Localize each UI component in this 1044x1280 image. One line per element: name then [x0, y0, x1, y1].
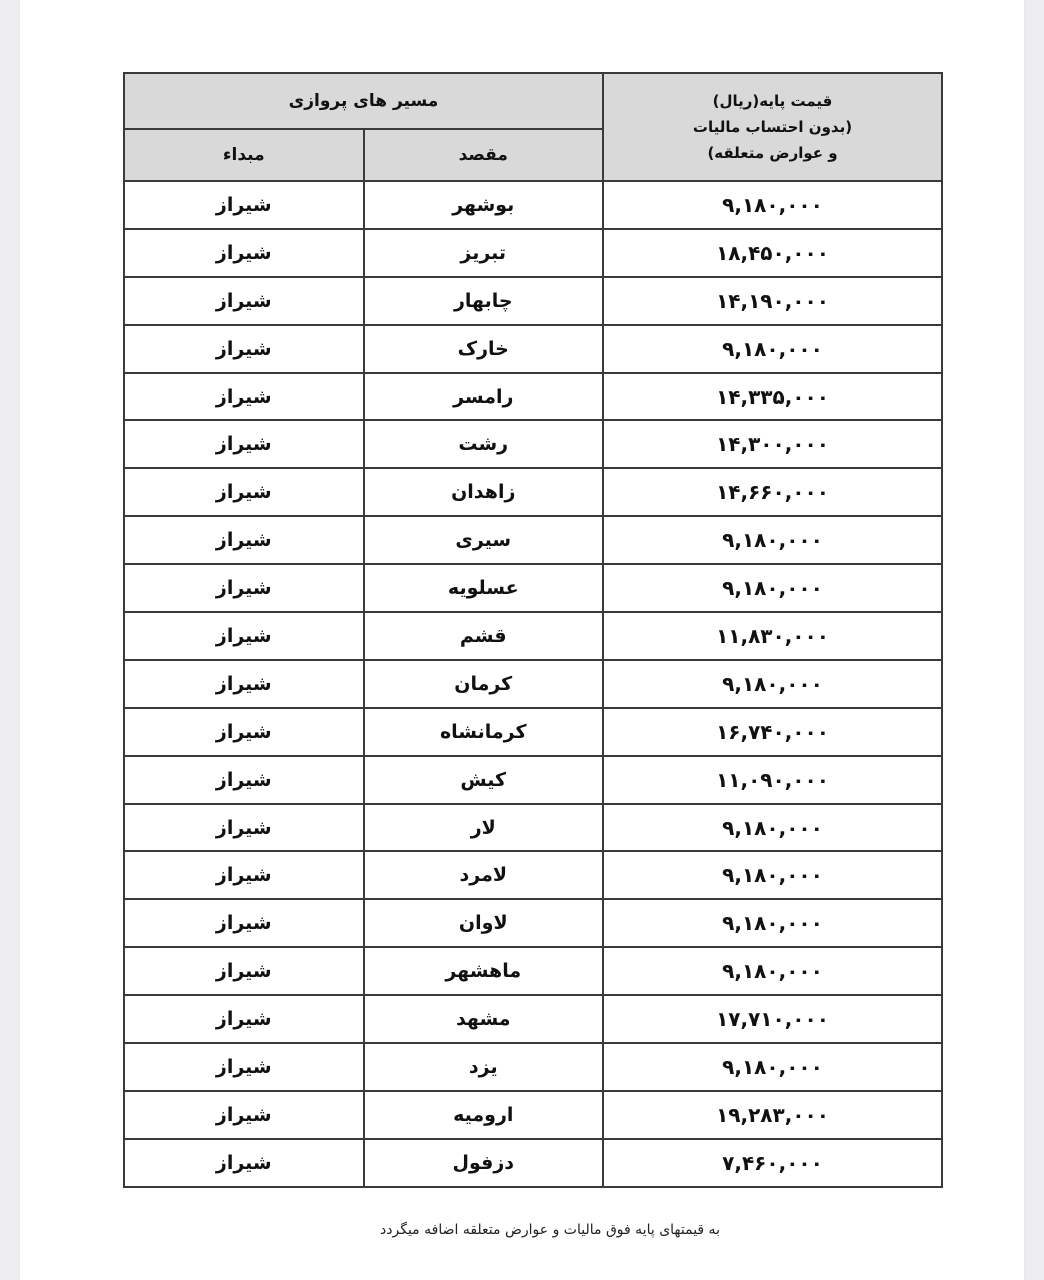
table-row: ۱۹,۲۸۳,۰۰۰ارومیهشیراز — [124, 1091, 942, 1139]
table-header-row-1: قیمت پایه(ریال) (بدون احتساب مالیات و عو… — [124, 73, 942, 129]
table-row: ۱۴,۱۹۰,۰۰۰چابهارشیراز — [124, 277, 942, 325]
price-cell: ۱۷,۷۱۰,۰۰۰ — [603, 995, 942, 1043]
table-row: ۹,۱۸۰,۰۰۰خارکشیراز — [124, 325, 942, 373]
price-cell: ۱۴,۱۹۰,۰۰۰ — [603, 277, 942, 325]
table-row: ۱۷,۷۱۰,۰۰۰مشهدشیراز — [124, 995, 942, 1043]
destination-cell: خارک — [364, 325, 604, 373]
destination-cell: لامرد — [364, 851, 604, 899]
table-body: ۹,۱۸۰,۰۰۰بوشهرشیراز۱۸,۴۵۰,۰۰۰تبریزشیراز۱… — [124, 181, 942, 1187]
origin-cell: شیراز — [124, 516, 364, 564]
origin-cell: شیراز — [124, 995, 364, 1043]
table-row: ۹,۱۸۰,۰۰۰لاوانشیراز — [124, 899, 942, 947]
price-cell: ۹,۱۸۰,۰۰۰ — [603, 899, 942, 947]
destination-cell: عسلویه — [364, 564, 604, 612]
origin-cell: شیراز — [124, 420, 364, 468]
destination-cell: دزفول — [364, 1139, 604, 1187]
price-cell: ۱۶,۷۴۰,۰۰۰ — [603, 708, 942, 756]
header-destination: مقصد — [364, 129, 604, 181]
destination-cell: رامسر — [364, 373, 604, 421]
table-row: ۱۱,۰۹۰,۰۰۰کیششیراز — [124, 756, 942, 804]
destination-cell: لاوان — [364, 899, 604, 947]
origin-cell: شیراز — [124, 373, 364, 421]
origin-cell: شیراز — [124, 660, 364, 708]
table-row: ۱۱,۸۳۰,۰۰۰قشمشیراز — [124, 612, 942, 660]
price-cell: ۹,۱۸۰,۰۰۰ — [603, 660, 942, 708]
destination-cell: بوشهر — [364, 181, 604, 229]
price-cell: ۹,۱۸۰,۰۰۰ — [603, 181, 942, 229]
flight-price-table: قیمت پایه(ریال) (بدون احتساب مالیات و عو… — [123, 72, 943, 1188]
origin-cell: شیراز — [124, 181, 364, 229]
destination-cell: چابهار — [364, 277, 604, 325]
price-cell: ۹,۱۸۰,۰۰۰ — [603, 516, 942, 564]
price-cell: ۹,۱۸۰,۰۰۰ — [603, 564, 942, 612]
table-row: ۱۶,۷۴۰,۰۰۰کرمانشاهشیراز — [124, 708, 942, 756]
table-row: ۹,۱۸۰,۰۰۰لارشیراز — [124, 804, 942, 852]
price-cell: ۱۱,۰۹۰,۰۰۰ — [603, 756, 942, 804]
table-row: ۹,۱۸۰,۰۰۰عسلویهشیراز — [124, 564, 942, 612]
destination-cell: لار — [364, 804, 604, 852]
table-row: ۱۸,۴۵۰,۰۰۰تبریزشیراز — [124, 229, 942, 277]
destination-cell: ارومیه — [364, 1091, 604, 1139]
table-row: ۷,۴۶۰,۰۰۰دزفولشیراز — [124, 1139, 942, 1187]
table-row: ۱۴,۶۶۰,۰۰۰زاهدانشیراز — [124, 468, 942, 516]
origin-cell: شیراز — [124, 1091, 364, 1139]
table-row: ۹,۱۸۰,۰۰۰یزدشیراز — [124, 1043, 942, 1091]
price-cell: ۱۸,۴۵۰,۰۰۰ — [603, 229, 942, 277]
destination-cell: کیش — [364, 756, 604, 804]
table-row: ۱۴,۳۰۰,۰۰۰رشتشیراز — [124, 420, 942, 468]
destination-cell: رشت — [364, 420, 604, 468]
origin-cell: شیراز — [124, 612, 364, 660]
destination-cell: زاهدان — [364, 468, 604, 516]
origin-cell: شیراز — [124, 468, 364, 516]
table-row: ۹,۱۸۰,۰۰۰لامردشیراز — [124, 851, 942, 899]
destination-cell: کرمان — [364, 660, 604, 708]
origin-cell: شیراز — [124, 851, 364, 899]
price-cell: ۹,۱۸۰,۰۰۰ — [603, 851, 942, 899]
origin-cell: شیراز — [124, 325, 364, 373]
document-page: قیمت پایه(ریال) (بدون احتساب مالیات و عو… — [20, 0, 1024, 1280]
origin-cell: شیراز — [124, 756, 364, 804]
footnote: به قیمتهای پایه فوق مالیات و عوارض متعلق… — [350, 1222, 750, 1238]
table-row: ۹,۱۸۰,۰۰۰کرمانشیراز — [124, 660, 942, 708]
header-base-price: قیمت پایه(ریال) (بدون احتساب مالیات و عو… — [603, 73, 942, 181]
origin-cell: شیراز — [124, 1139, 364, 1187]
destination-cell: ماهشهر — [364, 947, 604, 995]
destination-cell: قشم — [364, 612, 604, 660]
origin-cell: شیراز — [124, 1043, 364, 1091]
price-cell: ۱۴,۳۳۵,۰۰۰ — [603, 373, 942, 421]
table-row: ۹,۱۸۰,۰۰۰ماهشهرشیراز — [124, 947, 942, 995]
header-flight-routes: مسیر های پروازی — [124, 73, 603, 129]
header-price-line-2: (بدون احتساب مالیات — [604, 114, 941, 140]
price-cell: ۹,۱۸۰,۰۰۰ — [603, 325, 942, 373]
price-cell: ۱۹,۲۸۳,۰۰۰ — [603, 1091, 942, 1139]
origin-cell: شیراز — [124, 804, 364, 852]
origin-cell: شیراز — [124, 708, 364, 756]
destination-cell: تبریز — [364, 229, 604, 277]
origin-cell: شیراز — [124, 277, 364, 325]
table-row: ۹,۱۸۰,۰۰۰بوشهرشیراز — [124, 181, 942, 229]
origin-cell: شیراز — [124, 899, 364, 947]
price-cell: ۷,۴۶۰,۰۰۰ — [603, 1139, 942, 1187]
price-cell: ۱۴,۶۶۰,۰۰۰ — [603, 468, 942, 516]
price-cell: ۱۴,۳۰۰,۰۰۰ — [603, 420, 942, 468]
table-row: ۱۴,۳۳۵,۰۰۰رامسرشیراز — [124, 373, 942, 421]
price-cell: ۱۱,۸۳۰,۰۰۰ — [603, 612, 942, 660]
origin-cell: شیراز — [124, 229, 364, 277]
header-price-line-3: و عوارض متعلقه) — [604, 140, 941, 166]
price-cell: ۹,۱۸۰,۰۰۰ — [603, 1043, 942, 1091]
origin-cell: شیراز — [124, 564, 364, 612]
table-row: ۹,۱۸۰,۰۰۰سیریشیراز — [124, 516, 942, 564]
origin-cell: شیراز — [124, 947, 364, 995]
destination-cell: یزد — [364, 1043, 604, 1091]
destination-cell: کرمانشاه — [364, 708, 604, 756]
destination-cell: سیری — [364, 516, 604, 564]
price-cell: ۹,۱۸۰,۰۰۰ — [603, 947, 942, 995]
destination-cell: مشهد — [364, 995, 604, 1043]
header-origin: مبداء — [124, 129, 364, 181]
header-price-line-1: قیمت پایه(ریال) — [604, 88, 941, 114]
price-cell: ۹,۱۸۰,۰۰۰ — [603, 804, 942, 852]
